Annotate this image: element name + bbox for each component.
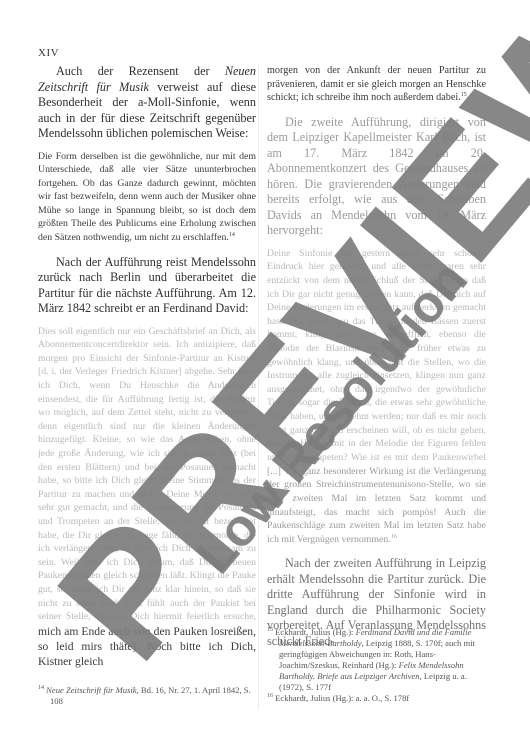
paragraph-after-performance: Nach der Aufführung reist Mendelssohn zu… bbox=[38, 255, 256, 317]
paragraph-reviewer: Auch der Rezensent der Neuen Zeitschrift… bbox=[38, 64, 256, 142]
block-quote-letter-continued: morgen von der Ankunft der neuen Partitu… bbox=[267, 64, 486, 105]
right-column: morgen von der Ankunft der neuen Partitu… bbox=[267, 64, 486, 649]
block-quote-letter-david: Dies soll eigentlich nur ein Geschäftsbr… bbox=[38, 325, 256, 669]
footnotes-left: 14 Neue Zeitschrift für Musik, Bd. 16, N… bbox=[38, 685, 256, 707]
footnote-14: 14 Neue Zeitschrift für Musik, Bd. 16, N… bbox=[38, 685, 256, 707]
paragraph-second-performance: Die zweite Aufführung, dirigiert von dem… bbox=[267, 115, 486, 239]
page-number: XIV bbox=[38, 47, 59, 59]
footnote-ref-14[interactable]: 14 bbox=[229, 232, 235, 238]
footnote-ref-16[interactable]: 16 bbox=[391, 534, 397, 540]
document-page: XIV Auch der Rezensent der Neuen Zeitsch… bbox=[0, 0, 530, 750]
block-quote-david-letter: Deine Sinfonie hat gestern einen sehr sc… bbox=[267, 247, 486, 547]
column-divider bbox=[258, 64, 259, 710]
footnote-ref-15[interactable]: 15 bbox=[461, 92, 467, 98]
footnote-15: 15 Eckhardt, Julius (Hg.): Ferdinand Dav… bbox=[267, 627, 486, 693]
footnote-16: 16 Eckhardt, Julius (Hg.): a. a. O., S. … bbox=[267, 693, 486, 704]
block-quote-review: Die Form derselben ist die gewöhnliche, … bbox=[38, 150, 256, 245]
left-column: Auch der Rezensent der Neuen Zeitschrift… bbox=[38, 64, 256, 669]
footnotes-right: 15 Eckhardt, Julius (Hg.): Ferdinand Dav… bbox=[267, 627, 486, 704]
